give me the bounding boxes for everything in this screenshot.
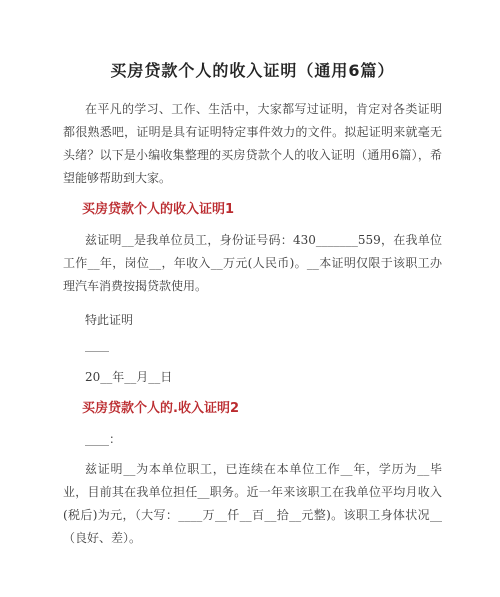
section-2-salutation-blank: ____： — [63, 428, 442, 451]
intro-paragraph: 在平凡的学习、工作、生活中，大家都写过证明，肯定对各类证明都很熟悉吧，证明是具有… — [63, 98, 442, 190]
section-1-closing-line: 特此证明 — [63, 309, 442, 332]
section-1-heading: 买房贷款个人的收入证明1 — [63, 201, 442, 218]
section-2-body-paragraph: 兹证明__为本单位职工，已连续在本单位工作__年，学历为__毕业，目前其在我单位… — [63, 458, 442, 550]
document-page: 买房贷款个人的收入证明（通用6篇） 在平凡的学习、工作、生活中，大家都写过证明，… — [0, 0, 500, 597]
page-title: 买房贷款个人的收入证明（通用6篇） — [63, 56, 442, 86]
section-1-body-paragraph: 兹证明__是我单位员工，身份证号码：430_______559，在我单位工作__… — [63, 229, 442, 298]
section-1-signature-blank: ____ — [63, 334, 442, 357]
section-2-heading: 买房贷款个人的.收入证明2 — [63, 400, 442, 417]
section-1-date-line: 20__年__月__日 — [63, 366, 442, 389]
